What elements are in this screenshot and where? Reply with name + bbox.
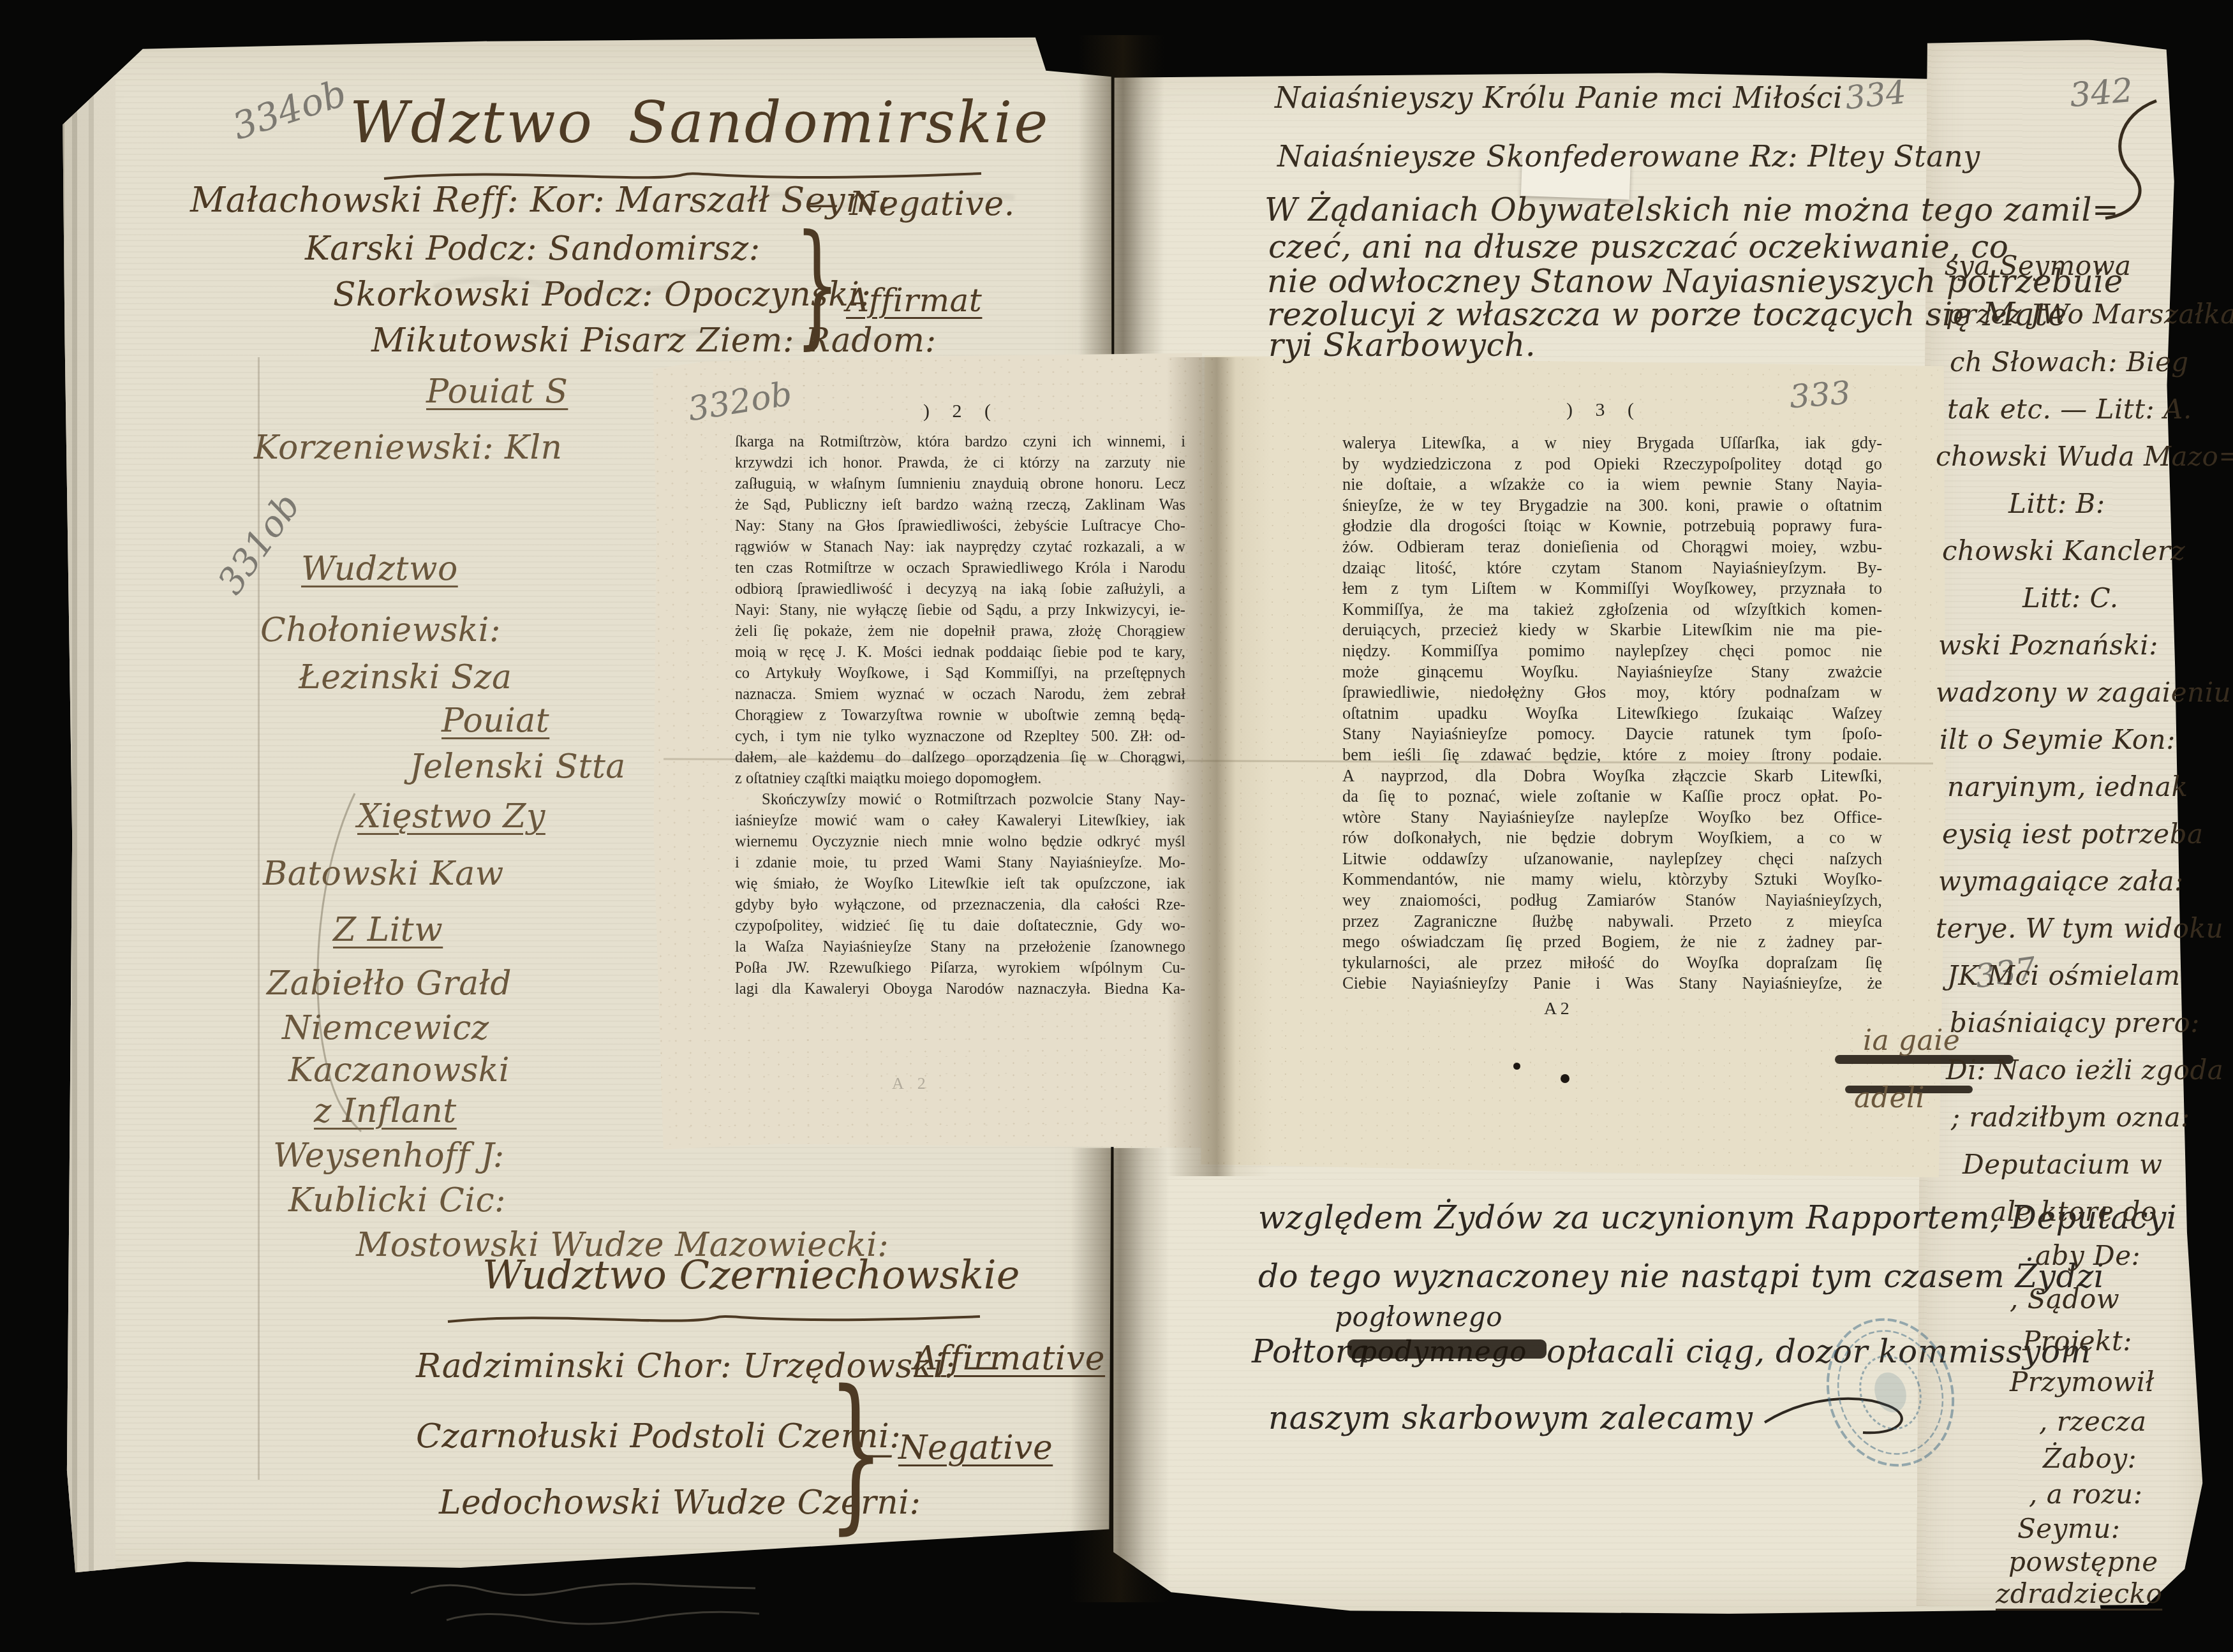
leaf-342-line: chowski Wuda Mazo= <box>1936 441 2233 472</box>
printed-line: czypoſpolitey, widzieć ſię tu daie doſta… <box>735 915 1185 936</box>
printed-line: wtòre Stany Nayiaśnieyſze naylepſze Woyſ… <box>1342 807 1882 828</box>
printed-line: śnieyſze, że w tey Brygadzie na 300. kon… <box>1342 495 1882 516</box>
leaf-342-line: aby De: <box>2035 1240 2140 1271</box>
note-line: do tego wyznaczoney nie nastąpi tym czas… <box>1258 1258 2104 1295</box>
address-line: W Żądaniach Obywatelskich nie można tego… <box>1265 191 2119 228</box>
printed-line: wiernemu Oyczyznie niech mnie wolno będz… <box>735 831 1185 852</box>
printed-line: Chorągiew z Towarzyſtwa rownie w uboſtwi… <box>735 705 1185 726</box>
printed-line: lagi dla Kawaleryi Oboyga Narodów naznac… <box>735 978 1185 999</box>
folio-pencil-334: 334 <box>1843 73 1908 117</box>
margin-curve <box>300 791 376 1135</box>
leaf-342-line: ch Słowach: Bieg <box>1950 346 2189 378</box>
leaf-342-line: tak etc. — Litt: A. <box>1947 394 2192 425</box>
printed-line: Poſła JW. Rzewuſkiego Piſarza, wyrokiem … <box>735 957 1185 978</box>
leaf-342-line: Przymowił <box>2010 1366 2155 1398</box>
printed-line: co Artykuły Woyſkowe, i Sąd Kommiſſyi, n… <box>735 663 1185 684</box>
leaf-342-line: biaśniaiący prero: <box>1950 1007 2200 1038</box>
printed-line: Ciebie Nayiaśnieyſzy Panie i Was Stany N… <box>1342 973 1882 994</box>
ink-dot <box>1513 1063 1520 1070</box>
folio-pencil-333: 333 <box>1788 374 1851 416</box>
page-number-mark-3: ) 3 ( <box>1531 399 1678 421</box>
printed-line: dzaiąc litość, które czytam Stanom Nayia… <box>1342 557 1882 579</box>
printed-line: zaſługuią, w właſnym ſumnieniu znayduią … <box>735 473 1185 494</box>
leaf-342-line: Di: Naco ieżli zgoda <box>1946 1054 2223 1086</box>
printed-line: naznacza. Smiem wyznać w oczach Narodu, … <box>735 684 1185 705</box>
printed-line: Skończywſzy mowić o Rotmiſtrzach pozwolc… <box>735 789 1185 810</box>
deputy-entry: Wudztwo <box>301 550 458 588</box>
leaf-342-line: ; radziłbym ozna: <box>1951 1102 2190 1133</box>
printed-line: A nayprzod, dla Dobra Woyſka złączcie Sk… <box>1342 765 1882 786</box>
address-line: ryi Skarbowych. <box>1268 327 1536 364</box>
leaf-342-line: Deputacium w <box>1962 1149 2163 1180</box>
deputy-entry: Pouiat S <box>426 372 568 411</box>
printed-line: iaśnieyſze mowić wam o całey Kawaleryi L… <box>735 810 1185 831</box>
printed-line: łem z tym Liſtem w Kommiſſyi Woyſkowey, … <box>1342 578 1882 599</box>
leaf-342-line: zdradziecko <box>1996 1578 2162 1609</box>
leaf-342-line: Litt: B: <box>2008 488 2105 519</box>
note-line: naszym skarbowym zalecamy <box>1268 1399 1753 1436</box>
printed-line: rągwiów w Stanach Nay: iak nayprędzy czy… <box>735 536 1185 557</box>
voting-entry: } <box>795 225 840 345</box>
printed-line: krzywdzi ich honor. Prawda, że ci którzy… <box>735 452 1185 473</box>
catchword-faint: A 2 <box>892 1074 931 1093</box>
chernihiv-heading: Wudztwo Czerniechowskie <box>482 1251 1020 1298</box>
printed-line: że Sąd, Publiczny ieſt bardzo ważną rzec… <box>735 494 1185 515</box>
printed-line: da ſię to poznać, wiele zoſtanie w Kaſſi… <box>1342 786 1882 807</box>
leaf-342-line: terye. W tym widoku <box>1936 913 2223 944</box>
printed-line: la Waſza Nayiaśnieyſze Stany na przełoże… <box>735 936 1185 957</box>
archival-scan: 334ob 331ob Wdztwo Sandomirskie Małachow… <box>0 0 2233 1652</box>
printed-line: ten czas Rotmiſtrze w oczach Sprawiedliw… <box>735 557 1185 579</box>
leaf-342-line: Projekt: <box>2022 1325 2132 1357</box>
leaf-342-line: przez JWo Marszałka <box>1946 299 2233 330</box>
printed-line: i zdanie moie, tu przed Wami Stany Nayia… <box>735 852 1185 873</box>
leaf-342-line: sya Seymowa <box>1945 250 2132 281</box>
leaf-342-line: JK Mci ośmielam <box>1947 960 2181 991</box>
leaf-342-line: wski Poznański: <box>1938 630 2158 661</box>
printed-line: cych, i tym nie tylko wyznaczone od Rzep… <box>735 726 1185 747</box>
printed-line: może ginącemu Woyſku. Nayiaśnieyſze Stan… <box>1342 661 1882 682</box>
leaf-342-line: wadzony w zagaieniu <box>1936 677 2231 708</box>
printed-line: by wydziedziczona z pod Opieki Rzeczypoſ… <box>1342 454 1882 475</box>
printed-line: Stany Nayiaśnieyſze pomocy. Daycie ratun… <box>1342 723 1882 744</box>
printed-text-right: walerya Litewſka, a w niey Brygada Uſſar… <box>1342 432 1882 994</box>
printed-line: gdyby było wyłączone, od przeznaczenia, … <box>735 894 1185 915</box>
printed-line: bem ieśli ſię zdawać będzie, które z moi… <box>1342 744 1882 765</box>
deputy-entry: Korzeniewski: Kln <box>254 429 563 467</box>
leaf-342-line: , Sądow <box>2010 1283 2119 1315</box>
leaf-342-line: ilt o Seymie Kon: <box>1940 724 2176 755</box>
address-line: Naiaśnieysze Skonfederowane Rz: Pltey St… <box>1277 139 1980 173</box>
leaf-342-line: chowski Kanclerz <box>1942 535 2185 566</box>
leaf-342-line: wymagaiące zała: <box>1938 866 2184 897</box>
printed-line: Nay: Stany na Głos ſprawiedliwości, żeby… <box>735 515 1185 536</box>
deputy-entry: Batowski Kaw <box>263 855 504 893</box>
printed-line: moią w ręcę J. K. Mości iednak poddaiąc … <box>735 642 1185 663</box>
printed-line: ſkarga na Rotmiſtrzòw, która bardzo czyn… <box>735 431 1185 452</box>
deputy-entry: Kublicki Cic: <box>288 1181 506 1220</box>
deputy-entry: Pouiat <box>441 702 549 740</box>
deputy-entry: Łezinski Sza <box>299 658 512 697</box>
printed-line: tykularności, ale przez miłość do Woyſka… <box>1342 952 1882 973</box>
printed-line: nie doſtaie, a wſzakże co ia wiem pewnie… <box>1342 474 1882 495</box>
deputy-entry: Xięstwo Zy <box>357 797 545 836</box>
voting-entry: Radziminski Chor: Urzędowski: — <box>416 1347 1000 1385</box>
printed-line: walerya Litewſka, a w niey Brygada Uſſar… <box>1342 432 1882 454</box>
deputy-entry: Jelenski Stta <box>410 748 626 786</box>
shadow-edge-scribbles <box>408 1574 829 1638</box>
ink-dot <box>1561 1074 1569 1083</box>
printed-line: głodzie dla drogości ſtoiąc w Kownie, po… <box>1342 515 1882 536</box>
deputy-entry: Chołoniewski: <box>260 611 501 649</box>
leaf-342-line: Seymu: <box>2017 1513 2120 1544</box>
voting-entry: Mikutowski Pisarz Ziem: Radom: <box>371 321 937 360</box>
voting-entry: Karski Podcz: Sandomirsz: <box>305 230 760 268</box>
printed-line: Litwie oddawſzy uſzanowanie, naylepſzey … <box>1342 848 1882 869</box>
printed-line: Nayi: Stany, nie wyłączę ſiebie od Sądu,… <box>735 600 1185 621</box>
left-page-heading: Wdztwo Sandomirskie <box>350 89 1050 156</box>
printed-line: wey znaiomości, podług Zamiarów Stanów N… <box>1342 890 1882 911</box>
voting-entry: Negative <box>898 1429 1053 1467</box>
leaf-342-line: , rzecza <box>2039 1406 2146 1437</box>
fragment-line: ia gaie <box>1863 1024 1960 1057</box>
leaf-342-line: Litt: C. <box>2022 582 2119 614</box>
printed-line: niędzy. Kommiſſya pomimo naylepſzey chęc… <box>1342 640 1882 661</box>
leaf-342-line: Żaboy: <box>2043 1443 2137 1474</box>
address-line: Naiaśnieyszy Królu Panie mci Miłości <box>1275 80 1843 115</box>
printed-line: Kommiſſya, że ma takież zgłoſzenia od wſ… <box>1342 599 1882 620</box>
note-line: pogłownego <box>1335 1301 1502 1332</box>
deputy-entry: Weysenhoff J: <box>273 1137 505 1175</box>
leaf-342-line: naryinym, iednak <box>1947 771 2188 802</box>
leaf-342-line: ale ktore do <box>1991 1196 2157 1227</box>
ink-blot <box>1347 1339 1547 1359</box>
voting-entry: — <box>860 1435 894 1473</box>
signature-mark-A2: A 2 <box>1544 999 1569 1019</box>
voting-entry: Małachowski Reff: Kor: Marszałł Seym: <box>190 180 891 220</box>
voting-entry: Skorkowski Podcz: Opoczynski: <box>333 276 871 314</box>
printed-line: mego oświadczam ſię przed Bogiem, że nie… <box>1342 931 1882 952</box>
chernihiv-underline-flourish <box>447 1309 983 1332</box>
printed-line: rów doſkonałych, nie będzie dobrym Woyſk… <box>1342 827 1882 848</box>
printed-line: deruiących, przecież kiedy w Skarbie Lit… <box>1342 619 1882 640</box>
fragment-line: adeli <box>1854 1082 1925 1114</box>
voting-entry: Affirmat <box>846 282 982 319</box>
printed-line: żów. Odbieram teraz donieſienia od Chorą… <box>1342 536 1882 557</box>
printed-line: z oſtatniey cząſtki maiątku moiego dopom… <box>735 768 1185 789</box>
leaf-342-line: powstępne <box>2008 1546 2158 1577</box>
leaf-342-flourish <box>2093 96 2176 223</box>
printed-line: Kommendantów, nie mamy wielu, ktòrzyby S… <box>1342 869 1882 890</box>
printed-line: ſprawiedliwie, niedołężny Głos moy, któr… <box>1342 682 1882 703</box>
printed-line: przez Zagraniczne ſłużbę nabywali. Przet… <box>1342 911 1882 932</box>
printed-line: żeli ſię pokaże, żem nie dopełnił prawa,… <box>735 621 1185 642</box>
page-stack-edge <box>61 35 115 1579</box>
address-line: czeć, ani na dłusze puszczać oczekiwanie… <box>1268 228 2008 265</box>
printed-text-left: ſkarga na Rotmiſtrzòw, która bardzo czyn… <box>735 431 1185 999</box>
printed-line: odbiorą ſprawiedliwość i decyzyą na iaką… <box>735 579 1185 600</box>
leaf-342-line: eysią iest potrzeba <box>1942 818 2204 850</box>
printed-line: oſtatnim upadku Woyſka Litewſkiego ſzuka… <box>1342 703 1882 724</box>
printed-line: dałem, ale każdemu do dalſzego oporządze… <box>735 747 1185 768</box>
leaf-342-line: , a rozu: <box>2029 1479 2142 1510</box>
page-number-mark-2: ) 2 ( <box>888 401 1035 422</box>
printed-line: wię śmiało, że Woyſko Litewſkie ieſt tak… <box>735 873 1185 894</box>
voting-entry: Affirmative <box>914 1339 1105 1378</box>
